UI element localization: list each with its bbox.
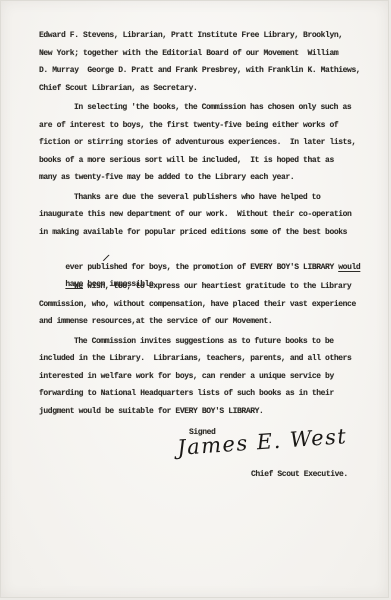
text-line: judgment would be suitable for EVERY BOY… — [39, 403, 388, 421]
text-line: Chief Scout Librarian, as Secretary. — [39, 80, 388, 98]
text-line: and immense resources,at the service of … — [39, 313, 388, 331]
text-line: forwarding to National Headquarters list… — [39, 385, 388, 403]
text-line: many as twenty-five may be added to the … — [39, 169, 388, 187]
text-line: In selecting 'the books, the Commission … — [39, 99, 388, 117]
paragraph-4: We wish, too, to express our heartiest g… — [39, 278, 388, 331]
text-line: books of a more serious sort will be inc… — [39, 152, 388, 170]
text-line: Thanks are due the several publishers wh… — [39, 189, 388, 207]
text-line: are of interest to boys, the first twent… — [39, 117, 388, 135]
paragraph-1: Edward F. Stevens, Librarian, Pratt Inst… — [39, 27, 388, 97]
signature-title: Chief Scout Executive. — [251, 466, 348, 484]
paragraph-5: The Commission invites suggestions as to… — [39, 333, 388, 421]
text-line: fiction or stirring stories of adventuro… — [39, 134, 388, 152]
text-line: Edward F. Stevens, Librarian, Pratt Inst… — [39, 27, 388, 45]
text-line: in making available for popular priced e… — [39, 224, 388, 242]
text-line: We wish, too, to express our heartiest g… — [39, 278, 388, 296]
document-page: Edward F. Stevens, Librarian, Pratt Inst… — [0, 0, 389, 598]
text-line: D. Murray George D. Pratt and Frank Pres… — [39, 62, 388, 80]
text-line: New York; together with the Editorial Bo… — [39, 45, 388, 63]
text-line: inaugurate this new department of our wo… — [39, 206, 388, 224]
text-line: have been impossible. — [39, 259, 388, 277]
text-line: Commission, who, without compensation, h… — [39, 296, 388, 314]
signature-block: Signed James E. West Chief Scout Executi… — [39, 422, 388, 542]
text-line: interested in welfare work for boys, can… — [39, 368, 388, 386]
paragraph-3: Thanks are due the several publishers wh… — [39, 189, 388, 277]
paragraph-2: In selecting 'the books, the Commission … — [39, 99, 388, 187]
text-line: ever published for boys, the promotion o… — [39, 241, 388, 259]
text-line: The Commission invites suggestions as to… — [39, 333, 388, 351]
text-line: included in the Library. Librarians, tea… — [39, 350, 388, 368]
